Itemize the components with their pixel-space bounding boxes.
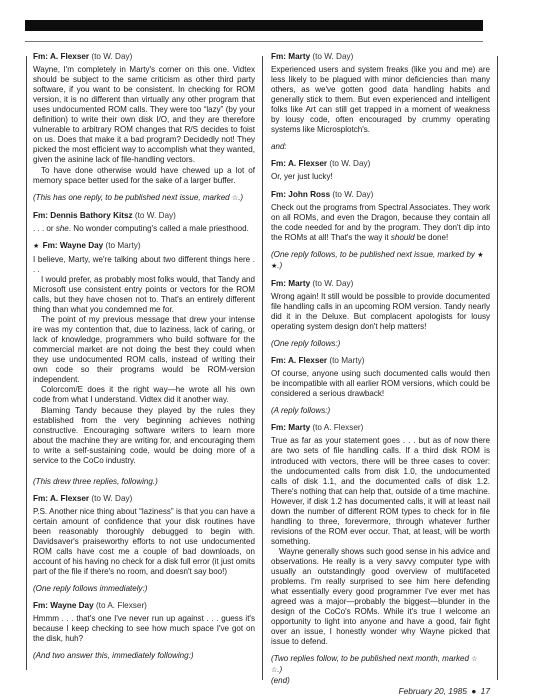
message-header: Fm: A. Flexser (to W. Day) xyxy=(33,52,255,62)
editor-note: (This has one reply, to be published nex… xyxy=(33,193,255,204)
editor-note: (Two replies follow, to be published nex… xyxy=(271,654,490,676)
left-column: Fm: A. Flexser (to W. Day) Wayne, I'm co… xyxy=(33,52,255,668)
message-day-to-flexser: Fm: Wayne Day (to A. Flexser) Hmmm . . .… xyxy=(33,601,255,644)
message-header: Fm: Marty (to W. Day) xyxy=(271,279,490,289)
message-body: Wayne generally shows such good sense in… xyxy=(271,547,490,647)
message-recipient: (to A. Flexser) xyxy=(312,423,363,432)
editor-note: (And two answer this, immediately follow… xyxy=(33,651,255,661)
message-recipient: (to A. Flexser) xyxy=(96,601,147,610)
message-body: P.S. Another nice thing about “laziness”… xyxy=(33,507,255,577)
message-body: Or, yer just lucky! xyxy=(271,172,490,182)
message-body: Blaming Tandy because they played by the… xyxy=(33,406,255,466)
message-body: . . . or she. No wonder computing's call… xyxy=(33,224,255,234)
message-recipient: (to W. Day) xyxy=(332,190,373,199)
filled-star-icon: ★ xyxy=(33,243,39,250)
message-recipient: (to W. Day) xyxy=(312,52,353,61)
message-marty-to-day-2: Fm: Marty (to W. Day) Wrong again! It st… xyxy=(271,279,490,332)
message-body: Wrong again! It still would be possible … xyxy=(271,292,490,332)
message-header: Fm: Marty (to A. Flexser) xyxy=(271,423,490,433)
message-header: Fm: A. Flexser (to W. Day) xyxy=(271,159,490,169)
message-flexser-to-day-1: Fm: A. Flexser (to W. Day) Wayne, I'm co… xyxy=(33,52,255,186)
message-body: Colorcom/E does it the right way—he wrot… xyxy=(33,385,255,405)
page-number: 17 xyxy=(481,686,490,696)
message-recipient: (to W. Day) xyxy=(135,211,176,220)
message-body: The point of my previous message that dr… xyxy=(33,315,255,385)
message-body: Of course, anyone using such documented … xyxy=(271,369,490,399)
message-header: Fm: A. Flexser (to Marty) xyxy=(271,356,490,366)
message-marty-to-day-1: Fm: Marty (to W. Day) Experienced users … xyxy=(271,52,490,135)
column-divider-line xyxy=(262,56,263,680)
message-body: Hmmm . . . that's one I've never run up … xyxy=(33,614,255,644)
message-header: Fm: Marty (to W. Day) xyxy=(271,52,490,62)
message-header: ★ Fm: Wayne Day (to Marty) xyxy=(33,241,255,252)
left-border-line xyxy=(26,56,27,670)
message-body: I believe, Marty, we're talking about tw… xyxy=(33,255,255,275)
message-sender: Fm: A. Flexser xyxy=(271,159,327,168)
message-sender: Fm: A. Flexser xyxy=(33,494,89,503)
issue-date: February 20, 1985 xyxy=(399,686,467,696)
message-recipient: (to Marty) xyxy=(106,241,141,250)
message-day-to-marty: ★ Fm: Wayne Day (to Marty) I believe, Ma… xyxy=(33,241,255,466)
header-rule xyxy=(25,41,483,42)
message-sender: Fm: Marty xyxy=(271,52,310,61)
message-sender: Fm: A. Flexser xyxy=(271,356,327,365)
message-header: Fm: A. Flexser (to W. Day) xyxy=(33,494,255,504)
message-sender: Fm: Dennis Bathory Kitsz xyxy=(33,211,133,220)
bullet-icon: ● xyxy=(471,686,476,696)
message-body: Experienced users and system freaks (lik… xyxy=(271,65,490,135)
message-recipient: (to W. Day) xyxy=(91,52,132,61)
message-marty-to-flexser: Fm: Marty (to A. Flexser) True as far as… xyxy=(271,423,490,647)
message-sender: Fm: John Ross xyxy=(271,190,330,199)
message-recipient: (to Marty) xyxy=(329,356,364,365)
editor-note: (A reply follows:) xyxy=(271,406,490,416)
message-body: To have done otherwise would have chewed… xyxy=(33,166,255,186)
message-header: Fm: Dennis Bathory Kitsz (to W. Day) xyxy=(33,211,255,221)
editor-note: (One reply follows:) xyxy=(271,339,490,349)
editor-note: (One reply follows immediately:) xyxy=(33,584,255,594)
editor-note: (One reply follows, to be published next… xyxy=(271,250,490,272)
page-footer: February 20, 1985 ● 17 xyxy=(399,686,491,696)
message-sender: Fm: Marty xyxy=(271,423,310,432)
message-sender: Fm: Wayne Day xyxy=(43,241,104,250)
message-recipient: (to W. Day) xyxy=(329,159,370,168)
message-kitsz-to-day: Fm: Dennis Bathory Kitsz (to W. Day) . .… xyxy=(33,211,255,234)
message-flexser-to-day-2: Fm: A. Flexser (to W. Day) P.S. Another … xyxy=(33,494,255,577)
right-column: Fm: Marty (to W. Day) Experienced users … xyxy=(271,52,490,694)
message-flexser-to-day-3: Fm: A. Flexser (to W. Day) Or, yer just … xyxy=(271,159,490,182)
message-body: I would prefer, as probably most folks w… xyxy=(33,275,255,315)
message-sender: Fm: Wayne Day xyxy=(33,601,94,610)
editor-note: (This drew three replies, following.) xyxy=(33,477,255,487)
message-sender: Fm: A. Flexser xyxy=(33,52,89,61)
message-header: Fm: John Ross (to W. Day) xyxy=(271,190,490,200)
header-black-bar xyxy=(25,20,483,31)
message-body: Wayne, I'm completely in Marty's corner … xyxy=(33,65,255,165)
message-header: Fm: Wayne Day (to A. Flexser) xyxy=(33,601,255,611)
message-flexser-to-marty: Fm: A. Flexser (to Marty) Of course, any… xyxy=(271,356,490,399)
message-sender: Fm: Marty xyxy=(271,279,310,288)
message-body: True as far as your statement goes . . .… xyxy=(271,436,490,547)
and-label: and: xyxy=(271,142,490,152)
message-body: Check out the programs from Spectral Ass… xyxy=(271,203,490,243)
message-ross-to-day: Fm: John Ross (to W. Day) Check out the … xyxy=(271,190,490,243)
right-border-line xyxy=(497,56,498,680)
message-recipient: (to W. Day) xyxy=(91,494,132,503)
message-recipient: (to W. Day) xyxy=(312,279,353,288)
